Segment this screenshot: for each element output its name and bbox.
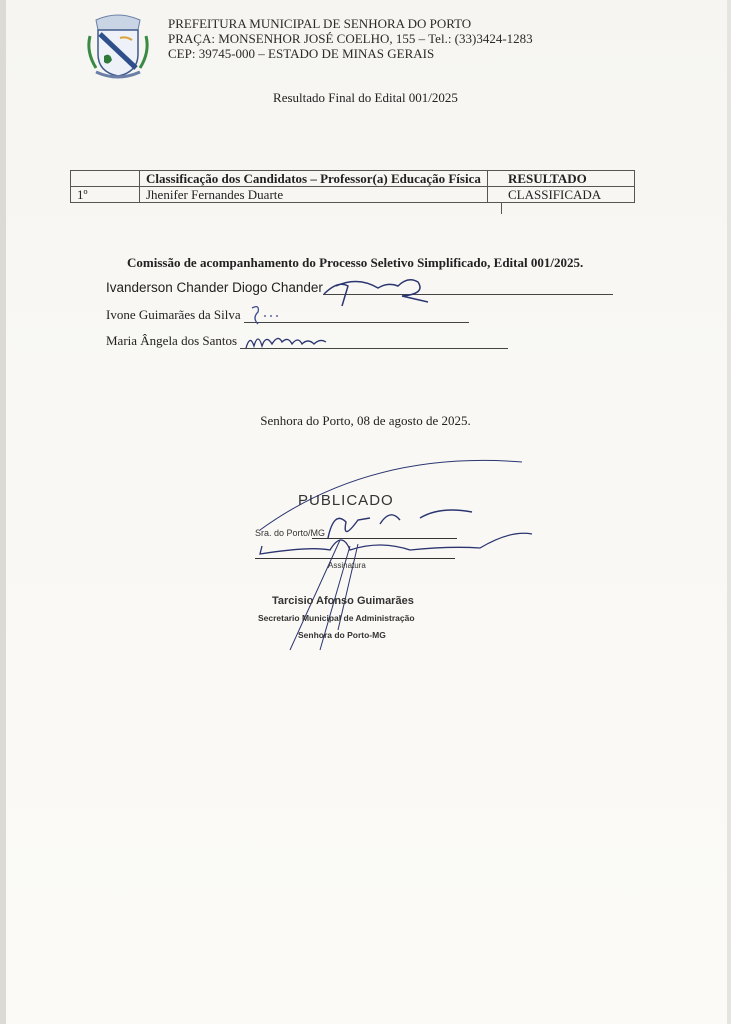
letterhead-line-2: PRAÇA: MONSENHOR JOSÉ COELHO, 155 – Tel.… — [168, 31, 533, 46]
stamp-signature-caption: Assinatura — [328, 561, 366, 570]
date-line: Senhora do Porto, 08 de agosto de 2025. — [0, 413, 731, 429]
coat-of-arms-icon — [82, 12, 154, 82]
column-header-candidates: Classificação dos Candidatos – Professor… — [140, 171, 488, 187]
stamp-signature-line — [255, 558, 455, 559]
table-header-row: Classificação dos Candidatos – Professor… — [71, 171, 635, 187]
results-table: Classificação dos Candidatos – Professor… — [70, 170, 635, 203]
letterhead: PREFEITURA MUNICIPAL DE SENHORA DO PORTO… — [168, 16, 533, 61]
page-edge — [727, 0, 731, 1024]
stamp-signer-location: Senhora do Porto-MG — [298, 630, 386, 640]
table-row: 1º Jhenifer Fernandes Duarte CLASSIFICAD… — [71, 187, 635, 203]
signature-ivanderson-icon — [318, 272, 438, 308]
cell-rank: 1º — [71, 187, 140, 203]
member-name: Maria Ângela dos Santos — [106, 333, 237, 348]
column-header-rank — [71, 171, 140, 187]
letterhead-line-3: CEP: 39745-000 – ESTADO DE MINAS GERAIS — [168, 46, 533, 61]
page-edge — [0, 0, 6, 1024]
member-name: Ivanderson Chander Diogo Chander — [106, 280, 323, 295]
committee-title: Comissão de acompanhamento do Processo S… — [127, 255, 583, 271]
document-title: Resultado Final do Edital 001/2025 — [0, 90, 731, 106]
signature-maria-icon — [242, 328, 332, 352]
stamp-signer-role: Secretario Municipal de Administração — [258, 613, 415, 623]
column-header-result: RESULTADO — [488, 171, 635, 187]
stamp-label: PUBLICADO — [298, 492, 394, 509]
stamp-city: Sra. do Porto/MG — [255, 528, 325, 538]
cell-result: CLASSIFICADA — [488, 187, 635, 203]
table-divider — [501, 202, 502, 214]
signature-ivone-icon — [248, 304, 288, 326]
letterhead-line-1: PREFEITURA MUNICIPAL DE SENHORA DO PORTO — [168, 16, 533, 31]
member-name: Ivone Guimarães da Silva — [106, 307, 241, 322]
cell-candidate-name: Jhenifer Fernandes Duarte — [140, 187, 488, 203]
stamp-signature-icon — [250, 450, 550, 670]
stamp-date-line — [312, 538, 457, 539]
publication-stamp: PUBLICADO Sra. do Porto/MG Assinatura Ta… — [250, 450, 550, 670]
stamp-signer-name: Tarcisio Afonso Guimarães — [272, 595, 414, 607]
